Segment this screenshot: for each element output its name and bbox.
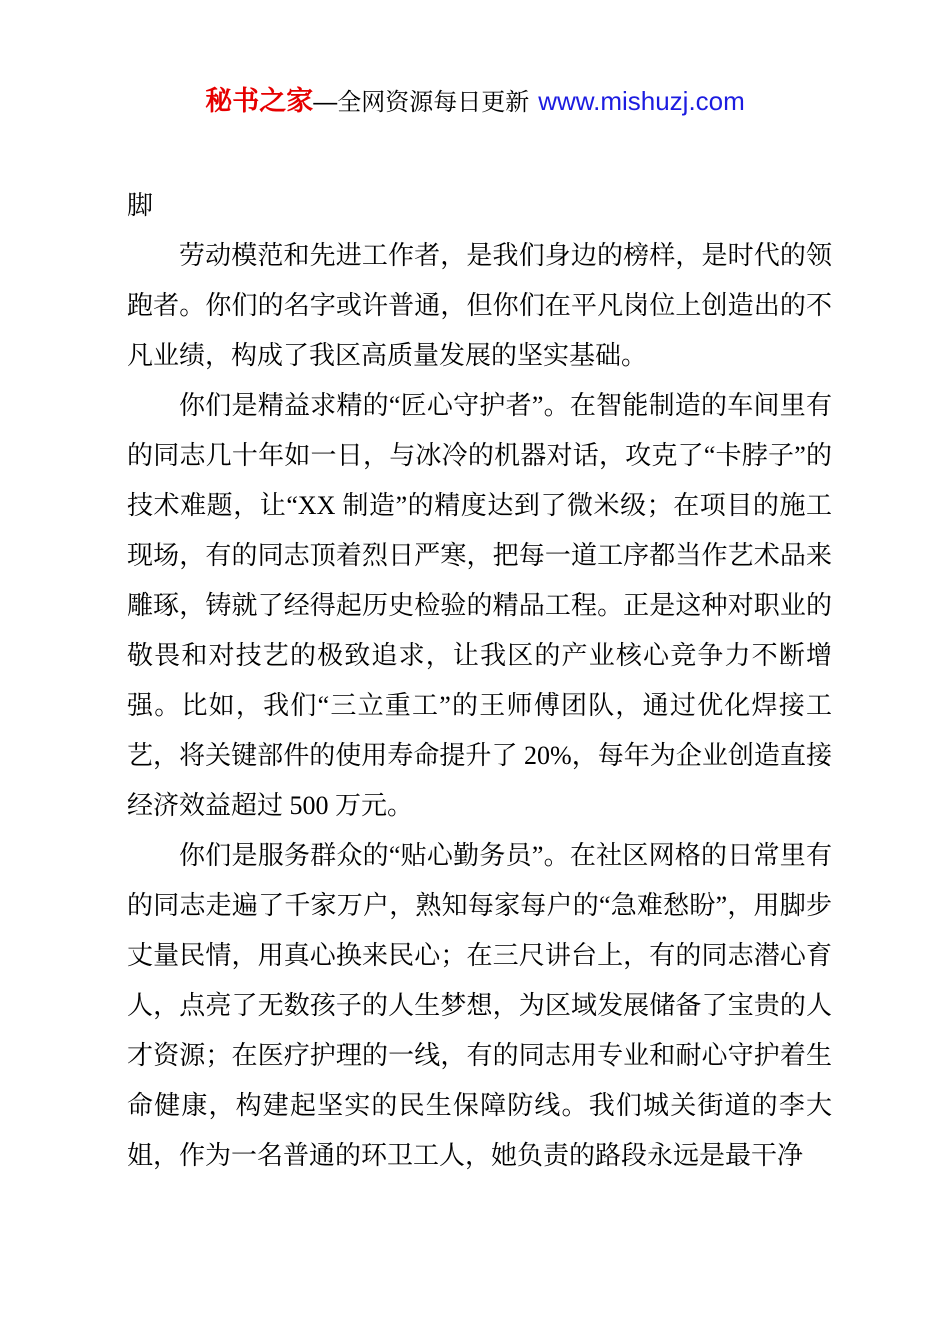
paragraph: 你们是服务群众的“贴心勤务员”。在社区网格的日常里有的同志走遍了千家万户，熟知每… (127, 831, 832, 1181)
site-brand: 秘书之家 (205, 86, 313, 116)
paragraph: 脚 (127, 181, 832, 231)
paragraph: 劳动模范和先进工作者，是我们身边的榜样，是时代的领跑者。你们的名字或许普通，但你… (127, 231, 832, 381)
site-tagline: —全网资源每日更新 (313, 89, 529, 116)
site-url-link[interactable]: www.mishuzj.com (538, 86, 745, 116)
site-header: 秘书之家—全网资源每日更新www.mishuzj.com (0, 84, 950, 123)
document-body: 脚劳动模范和先进工作者，是我们身边的榜样，是时代的领跑者。你们的名字或许普通，但… (127, 181, 832, 1181)
document-page: 秘书之家—全网资源每日更新www.mishuzj.com 脚劳动模范和先进工作者… (0, 0, 950, 1344)
paragraph: 你们是精益求精的“匠心守护者”。在智能制造的车间里有的同志几十年如一日，与冰冷的… (127, 381, 832, 831)
